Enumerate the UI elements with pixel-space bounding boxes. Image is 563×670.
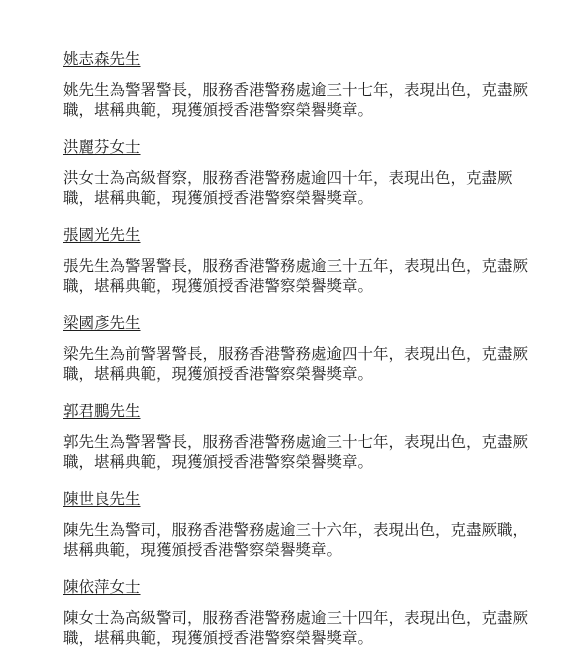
recipient-name-heading: 洪麗芬女士 — [63, 138, 528, 158]
citation-paragraph: 陳女士為高級警司，服務香港警務處逾三十四年，表現出色，克盡厥 職，堪稱典範，現獲… — [63, 609, 528, 649]
citation-entry: 陳世良先生 陳先生為警司，服務香港警務處逾三十六年，表現出色，克盡厥職， 堪稱典… — [63, 490, 528, 561]
citation-paragraph: 陳先生為警司，服務香港警務處逾三十六年，表現出色，克盡厥職， 堪稱典範，現獲頒授… — [63, 521, 528, 561]
citation-entry: 姚志森先生 姚先生為警署警長，服務香港警務處逾三十七年，表現出色，克盡厥 職，堪… — [63, 50, 528, 121]
recipient-name-heading: 陳依萍女士 — [63, 578, 528, 598]
citation-line: 陳先生為警司，服務香港警務處逾三十六年，表現出色，克盡厥職， — [63, 521, 528, 541]
citation-line: 職，堪稱典範，現獲頒授香港警察榮譽獎章。 — [63, 277, 528, 297]
citation-paragraph: 洪女士為高級督察，服務香港警務處逾四十年，表現出色，克盡厥 職，堪稱典範，現獲頒… — [63, 169, 528, 209]
citation-entry: 陳依萍女士 陳女士為高級警司，服務香港警務處逾三十四年，表現出色，克盡厥 職，堪… — [63, 578, 528, 649]
citation-line: 職，堪稱典範，現獲頒授香港警察榮譽獎章。 — [63, 101, 528, 121]
citation-entry: 梁國彥先生 梁先生為前警署警長，服務香港警務處逾四十年，表現出色，克盡厥 職，堪… — [63, 314, 528, 385]
citation-line: 職，堪稱典範，現獲頒授香港警察榮譽獎章。 — [63, 189, 528, 209]
citation-entry: 張國光先生 張先生為警署警長，服務香港警務處逾三十五年，表現出色，克盡厥 職，堪… — [63, 226, 528, 297]
citation-entry: 郭君鵬先生 郭先生為警署警長，服務香港警務處逾三十七年，表現出色，克盡厥 職，堪… — [63, 402, 528, 473]
citation-line: 職，堪稱典範，現獲頒授香港警察榮譽獎章。 — [63, 453, 528, 473]
citation-line: 洪女士為高級督察，服務香港警務處逾四十年，表現出色，克盡厥 — [63, 169, 528, 189]
recipient-name-heading: 陳世良先生 — [63, 490, 528, 510]
citation-line: 職，堪稱典範，現獲頒授香港警察榮譽獎章。 — [63, 365, 528, 385]
citation-paragraph: 郭先生為警署警長，服務香港警務處逾三十七年，表現出色，克盡厥 職，堪稱典範，現獲… — [63, 433, 528, 473]
recipient-name-heading: 梁國彥先生 — [63, 314, 528, 334]
recipient-name-heading: 姚志森先生 — [63, 50, 528, 70]
citation-line: 梁先生為前警署警長，服務香港警務處逾四十年，表現出色，克盡厥 — [63, 345, 528, 365]
citation-line: 姚先生為警署警長，服務香港警務處逾三十七年，表現出色，克盡厥 — [63, 81, 528, 101]
citation-line: 陳女士為高級警司，服務香港警務處逾三十四年，表現出色，克盡厥 — [63, 609, 528, 629]
recipient-name-heading: 張國光先生 — [63, 226, 528, 246]
recipient-name-heading: 郭君鵬先生 — [63, 402, 528, 422]
citation-paragraph: 姚先生為警署警長，服務香港警務處逾三十七年，表現出色，克盡厥 職，堪稱典範，現獲… — [63, 81, 528, 121]
citation-entry: 洪麗芬女士 洪女士為高級督察，服務香港警務處逾四十年，表現出色，克盡厥 職，堪稱… — [63, 138, 528, 209]
citation-line: 堪稱典範，現獲頒授香港警察榮譽獎章。 — [63, 541, 528, 561]
citation-line: 張先生為警署警長，服務香港警務處逾三十五年，表現出色，克盡厥 — [63, 257, 528, 277]
citation-paragraph: 張先生為警署警長，服務香港警務處逾三十五年，表現出色，克盡厥 職，堪稱典範，現獲… — [63, 257, 528, 297]
citation-line: 職，堪稱典範，現獲頒授香港警察榮譽獎章。 — [63, 629, 528, 649]
document-page: 姚志森先生 姚先生為警署警長，服務香港警務處逾三十七年，表現出色，克盡厥 職，堪… — [0, 0, 563, 670]
citation-paragraph: 梁先生為前警署警長，服務香港警務處逾四十年，表現出色，克盡厥 職，堪稱典範，現獲… — [63, 345, 528, 385]
citation-line: 郭先生為警署警長，服務香港警務處逾三十七年，表現出色，克盡厥 — [63, 433, 528, 453]
